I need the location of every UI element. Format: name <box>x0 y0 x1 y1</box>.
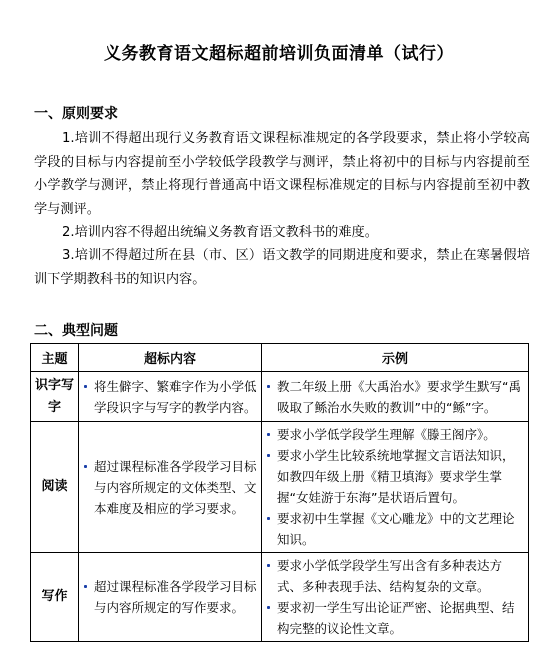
bullet-item: 要求初中生掌握《文心雕龙》中的文艺理论知识。 <box>266 508 524 550</box>
document-title: 义务教育语文超标超前培训负面清单（试行） <box>0 39 558 64</box>
topic-cell: 识字写字 <box>31 372 79 422</box>
content-cell: 将生僻字、繁难字作为小学低学段识字与写字的教学内容。 <box>79 372 262 422</box>
example-cell: 教二年级上册《大禹治水》要求学生默写“禹吸取了鲧治水失败的教训”中的“鲧”字。 <box>262 372 529 422</box>
table-row: 识字写字 将生僻字、繁难字作为小学低学段识字与写字的教学内容。 教二年级上册《大… <box>31 372 529 422</box>
table-header-row: 主题 超标内容 示例 <box>31 344 529 372</box>
bullet-item: 要求小学低学段学生理解《滕王阁序》。 <box>266 424 524 445</box>
bullet-item: 超过课程标准各学段学习目标与内容所规定的写作要求。 <box>83 576 257 618</box>
bullet-item: 要求初一学生写出论证严密、论据典型、结构完整的议论性文章。 <box>266 597 524 639</box>
topic-cell: 写作 <box>31 553 79 642</box>
principle-paragraph-3: 3.培训不得超过所在县（市、区）语文教学的同期进度和要求，禁止在寒暑假培训下学期… <box>34 244 530 291</box>
typical-problems-table: 主题 超标内容 示例 识字写字 将生僻字、繁难字作为小学低学段识字与写字的教学内… <box>30 343 529 642</box>
example-cell: 要求小学低学段学生理解《滕王阁序》。 要求小学生比较系统地掌握文言语法知识，如教… <box>262 422 529 553</box>
bullet-item: 要求小学生比较系统地掌握文言语法知识，如教四年级上册《精卫填海》要求学生掌握“女… <box>266 445 524 508</box>
header-content: 超标内容 <box>79 344 262 372</box>
bullet-item: 教二年级上册《大禹治水》要求学生默写“禹吸取了鲧治水失败的教训”中的“鲧”字。 <box>266 376 524 418</box>
header-example: 示例 <box>262 344 529 372</box>
section-heading-typical-problems: 二、典型问题 <box>34 320 118 340</box>
bullet-item: 超过课程标准各学段学习目标与内容所规定的文体类型、文本难度及相应的学习要求。 <box>83 456 257 519</box>
principle-paragraph-1: 1.培训不得超出现行义务教育语文课程标准规定的各学段要求，禁止将小学较高学段的目… <box>34 127 530 221</box>
content-cell: 超过课程标准各学段学习目标与内容所规定的写作要求。 <box>79 553 262 642</box>
content-cell: 超过课程标准各学段学习目标与内容所规定的文体类型、文本难度及相应的学习要求。 <box>79 422 262 553</box>
table-row: 写作 超过课程标准各学段学习目标与内容所规定的写作要求。 要求小学低学段学生写出… <box>31 553 529 642</box>
table-row: 阅读 超过课程标准各学段学习目标与内容所规定的文体类型、文本难度及相应的学习要求… <box>31 422 529 553</box>
topic-cell: 阅读 <box>31 422 79 553</box>
bullet-item: 要求小学低学段学生写出含有多种表达方式、多种表现手法、结构复杂的文章。 <box>266 555 524 597</box>
bullet-item: 将生僻字、繁难字作为小学低学段识字与写字的教学内容。 <box>83 376 257 418</box>
example-cell: 要求小学低学段学生写出含有多种表达方式、多种表现手法、结构复杂的文章。 要求初一… <box>262 553 529 642</box>
section-heading-principles: 一、原则要求 <box>34 103 118 123</box>
header-topic: 主题 <box>31 344 79 372</box>
principle-paragraph-2: 2.培训内容不得超出统编义务教育语文教科书的难度。 <box>34 221 530 245</box>
